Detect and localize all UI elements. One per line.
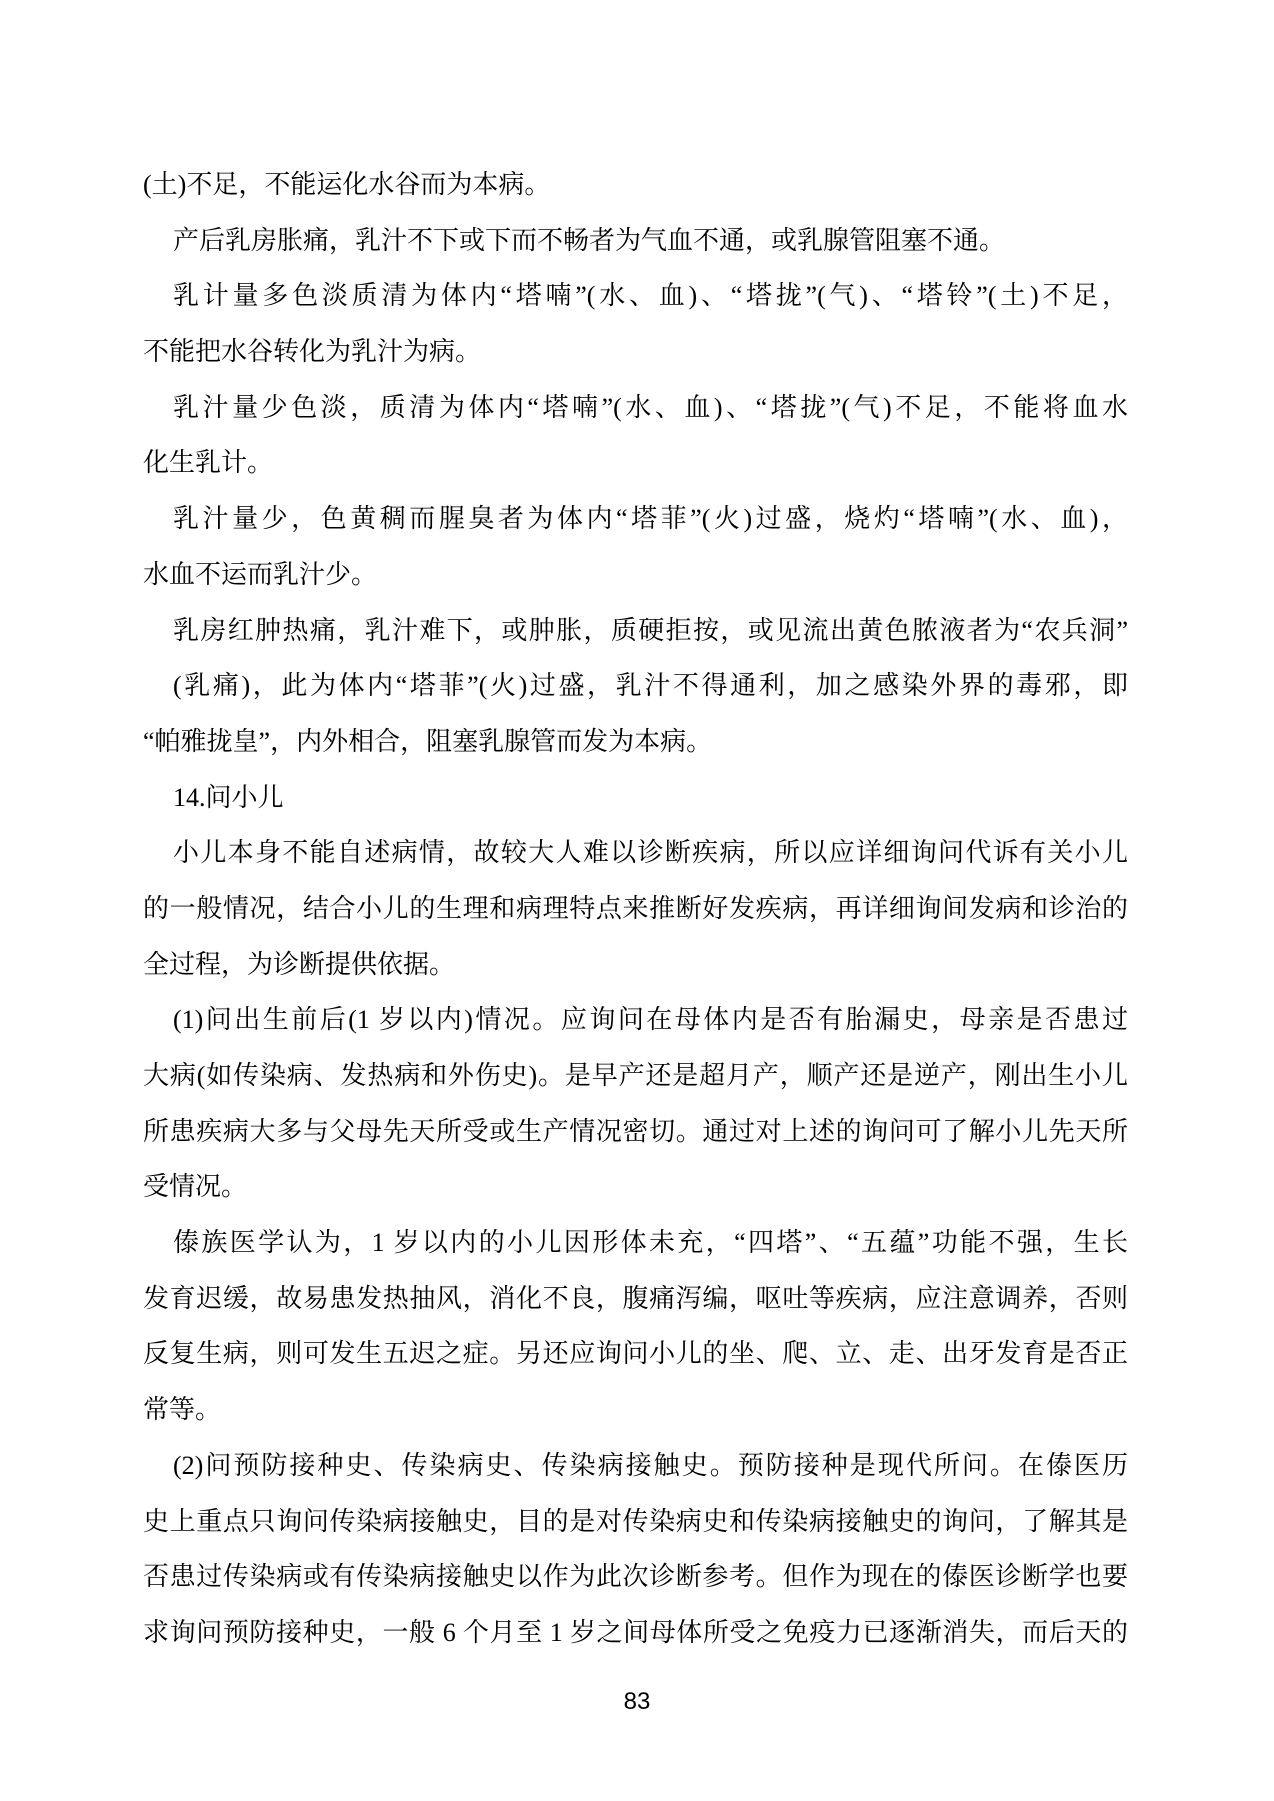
text-line: 发育迟缓，故易患发热抽风，消化不良，腹痛泻编，呕吐等疾病，应注意调养，否则 (143, 1271, 1128, 1327)
text-line: 反复生病，则可发生五迟之症。另还应询问小儿的坐、爬、立、走、出牙发育是否正 (143, 1326, 1128, 1382)
text-line: 所患疾病大多与父母先天所受或生产情况密切。通过对上述的询问可了解小儿先天所 (143, 1104, 1128, 1160)
text-line: 全过程，为诊断提供依据。 (143, 937, 1128, 993)
text-line: 求询问预防接种史，一般 6 个月至 1 岁之间母体所受之免疫力已逐渐消失，而后天… (143, 1605, 1128, 1661)
page-number: 83 (0, 1688, 1274, 1716)
text-line: 乳汁量少色淡，质清为体内“塔喃”(水、血)、“塔拢”(气)不足，不能将血水 (143, 380, 1128, 436)
text-line: 乳房红肿热痛，乳汁难下，或肿胀，质硬拒按，或见流出黄色脓液者为“农兵洞” (143, 603, 1128, 659)
text-line: 傣族医学认为，1 岁以内的小儿因形体未充，“四塔”、“五蕴”功能不强，生长 (143, 1215, 1128, 1271)
text-line: 产后乳房胀痛，乳汁不下或下而不畅者为气血不通，或乳腺管阻塞不通。 (143, 213, 1128, 269)
text-line: 小儿本身不能自述病情，故较大人难以诊断疾病，所以应详细询问代诉有关小儿 (143, 825, 1128, 881)
text-line: (1)问出生前后(1 岁以内)情况。应询问在母体内是否有胎漏史，母亲是否患过 (143, 992, 1128, 1048)
text-line: 乳汁量少，色黄稠而腥臭者为体内“塔菲”(火)过盛，烧灼“塔喃”(水、血)， (143, 491, 1128, 547)
text-line: 不能把水谷转化为乳汁为病。 (143, 324, 1128, 380)
text-line: 水血不运而乳汁少。 (143, 547, 1128, 603)
text-line: 受情况。 (143, 1159, 1128, 1215)
text-line: “帕雅拢皇”，内外相合，阻塞乳腺管而发为本病。 (143, 714, 1128, 770)
text-line: 乳计量多色淡质清为体内“塔喃”(水、血)、“塔拢”(气)、“塔铃”(土)不足， (143, 268, 1128, 324)
text-line: 否患过传染病或有传染病接触史以作为此次诊断参考。但作为现在的傣医诊断学也要 (143, 1549, 1128, 1605)
page-body: (土)不足，不能运化水谷而为本病。产后乳房胀痛，乳汁不下或下而不畅者为气血不通，… (143, 157, 1128, 1661)
text-line: (乳痛)，此为体内“塔菲”(火)过盛，乳汁不得通利，加之感染外界的毒邪，即 (143, 658, 1128, 714)
text-line: 史上重点只询问传染病接触史，目的是对传染病史和传染病接触史的询问，了解其是 (143, 1494, 1128, 1550)
text-line: 的一般情况，结合小儿的生理和病理特点来推断好发疾病，再详细询间发病和诊治的 (143, 881, 1128, 937)
text-line: 14.问小儿 (143, 770, 1128, 826)
text-line: 常等。 (143, 1382, 1128, 1438)
text-line: (2)问预防接种史、传染病史、传染病接触史。预防接种是现代所问。在傣医历 (143, 1438, 1128, 1494)
text-line: 大病(如传染病、发热病和外伤史)。是早产还是超月产，顺产还是逆产，刚出生小儿 (143, 1048, 1128, 1104)
text-line: 化生乳计。 (143, 435, 1128, 491)
text-line: (土)不足，不能运化水谷而为本病。 (143, 157, 1128, 213)
